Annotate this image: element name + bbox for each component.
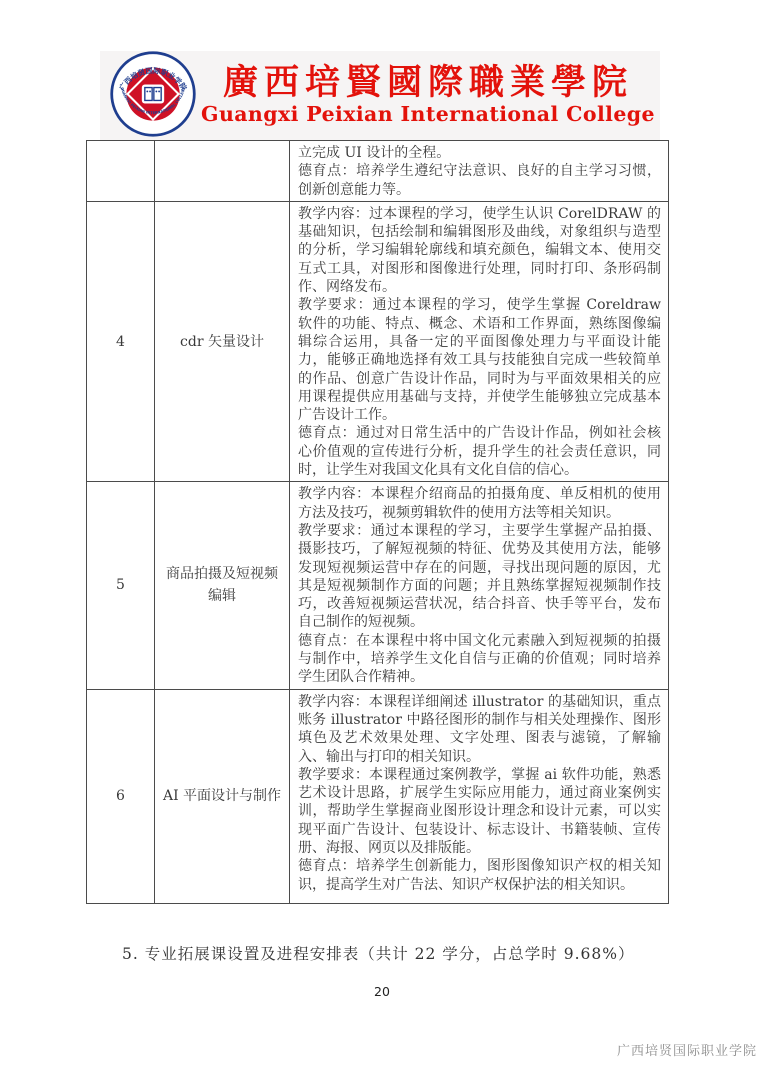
table-row-4: 4 cdr 矢量设计 教学内容：过本课程的学习，使学生认识 CorelDRAW …	[87, 201, 669, 481]
document-page: 广西培贤国际职业学院 GUANGXI PEIXIAN INTERNATIONAL…	[0, 0, 764, 1080]
teaching-content-paragraph: 教学内容：过本课程的学习，使学生认识 CorelDRAW 的基础知识，包括绘制和…	[298, 205, 661, 296]
college-title-block: 廣西培賢國際職業學院 Guangxi Peixian International…	[196, 65, 660, 125]
course-desc-cell: 教学内容：过本课程的学习，使学生认识 CorelDRAW 的基础知识，包括绘制和…	[290, 201, 669, 481]
row-number-cell: 4	[87, 201, 155, 481]
teaching-content-paragraph: 教学内容：本课程详细阐述 illustrator 的基础知识，重点账务 illu…	[298, 693, 661, 766]
moral-education-paragraph: 德育点：通过对日常生活中的广告设计作品，例如社会核心价值观的宣传进行分析，提升学…	[298, 424, 661, 479]
college-header-banner: 广西培贤国际职业学院 GUANGXI PEIXIAN INTERNATIONAL…	[100, 51, 660, 140]
course-name-cell: cdr 矢量设计	[155, 201, 290, 481]
desc-paragraph: 立完成 UI 设计的全程。	[298, 144, 661, 162]
moral-education-paragraph: 德育点：培养学生遵纪守法意识、良好的自主学习习惯，创新创意能力等。	[298, 162, 661, 199]
table-row-6: 6 AI 平面设计与制作 教学内容：本课程详细阐述 illustrator 的基…	[87, 689, 669, 903]
table-row-5: 5 商品拍摄及短视频编辑 教学内容：本课程介绍商品的拍摄角度、单反相机的使用方法…	[87, 482, 669, 689]
college-name-english: Guangxi Peixian International College	[201, 104, 655, 126]
college-seal-logo: 广西培贤国际职业学院 GUANGXI PEIXIAN INTERNATIONAL…	[110, 51, 196, 141]
teaching-requirement-paragraph: 教学要求：通过本课程的学习，使学生掌握 Coreldraw 软件的功能、特点、概…	[298, 296, 661, 424]
row-number-cell: 6	[87, 689, 155, 903]
moral-education-paragraph: 德育点：培养学生创新能力，图形图像知识产权的相关知识，提高学生对广告法、知识产权…	[298, 857, 661, 894]
course-desc-cell: 教学内容：本课程介绍商品的拍摄角度、单反相机的使用方法及技巧，视频剪辑软件的使用…	[290, 482, 669, 689]
course-desc-cell: 立完成 UI 设计的全程。 德育点：培养学生遵纪守法意识、良好的自主学习习惯，创…	[290, 141, 669, 202]
college-seal-icon: 广西培贤国际职业学院 GUANGXI PEIXIAN INTERNATIONAL…	[110, 51, 196, 137]
course-description-table: 立完成 UI 设计的全程。 德育点：培养学生遵纪守法意识、良好的自主学习习惯，创…	[86, 140, 669, 904]
page-number: 20	[0, 984, 764, 999]
course-name-cell: 商品拍摄及短视频编辑	[155, 482, 290, 689]
course-desc-cell: 教学内容：本课程详细阐述 illustrator 的基础知识，重点账务 illu…	[290, 689, 669, 903]
course-name-cell	[155, 141, 290, 202]
course-name-cell: AI 平面设计与制作	[155, 689, 290, 903]
row-number-cell: 5	[87, 482, 155, 689]
table-row-continuation: 立完成 UI 设计的全程。 德育点：培养学生遵纪守法意识、良好的自主学习习惯，创…	[87, 141, 669, 202]
college-name-chinese: 廣西培賢國際職業學院	[223, 65, 633, 102]
teaching-requirement-paragraph: 教学要求：本课程通过案例教学，掌握 ai 软件功能，熟悉艺术设计思路，扩展学生实…	[298, 766, 661, 857]
teaching-content-paragraph: 教学内容：本课程介绍商品的拍摄角度、单反相机的使用方法及技巧，视频剪辑软件的使用…	[298, 485, 661, 522]
watermark-text: 广西培贤国际职业学院	[617, 1040, 757, 1059]
row-number-cell	[87, 141, 155, 202]
section-heading: 5. 专业拓展课设置及进程安排表（共计 22 学分，占总学时 9.68%）	[122, 942, 634, 964]
teaching-requirement-paragraph: 教学要求：通过本课程的学习，主要学生掌握产品拍摄、摄影技巧，了解短视频的特征、优…	[298, 522, 661, 632]
moral-education-paragraph: 德育点：在本课程中将中国文化元素融入到短视频的拍摄与制作中，培养学生文化自信与正…	[298, 632, 661, 687]
